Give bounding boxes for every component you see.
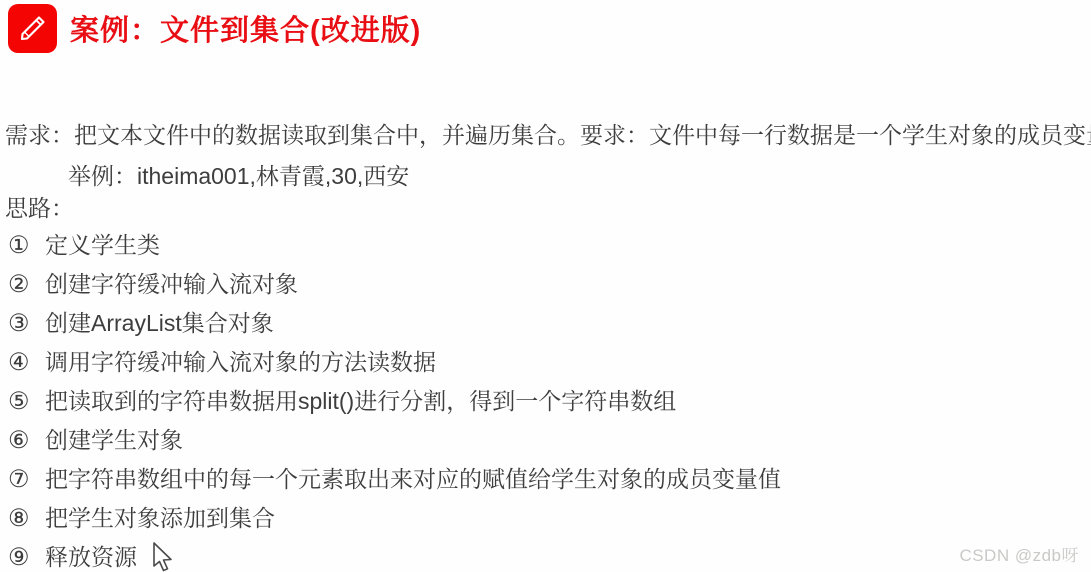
step-marker: ⑧ [8,499,45,538]
step-text: 定义学生类 [45,226,160,265]
page-title: 案例：文件到集合(改进版) [70,8,421,49]
step-text: 把字符串数组中的每一个元素取出来对应的赋值给学生对象的成员变量值 [45,460,781,499]
mouse-cursor-icon [152,542,174,572]
step-marker: ⑨ [8,538,45,572]
slide-header: 案例：文件到集合(改进版) [8,3,421,53]
list-item: ⑤ 把读取到的字符串数据用split()进行分割，得到一个字符串数组 [8,382,781,421]
step-marker: ⑦ [8,460,45,499]
step-text: 调用字符缓冲输入流对象的方法读数据 [45,343,436,382]
csdn-watermark: CSDN @zdb呀 [959,541,1079,566]
list-item: ⑦ 把字符串数组中的每一个元素取出来对应的赋值给学生对象的成员变量值 [8,460,781,499]
step-text: 释放资源 [45,538,137,572]
step-marker: ⑥ [8,421,45,460]
list-item: ② 创建字符缓冲输入流对象 [8,265,781,304]
step-text: 创建学生对象 [45,421,183,460]
pencil-icon [8,4,57,53]
step-text: 创建字符缓冲输入流对象 [45,265,298,304]
list-item: ⑨ 释放资源 [8,538,781,572]
step-text: 把读取到的字符串数据用split()进行分割，得到一个字符串数组 [45,382,676,421]
steps-list: ① 定义学生类 ② 创建字符缓冲输入流对象 ③ 创建ArrayList集合对象 … [8,226,781,572]
step-marker: ④ [8,343,45,382]
step-marker: ① [8,226,45,265]
example-line: 举例：itheima001,林青霞,30,西安 [68,158,409,191]
step-marker: ③ [8,304,45,343]
list-item: ⑧ 把学生对象添加到集合 [8,499,781,538]
slide: 案例：文件到集合(改进版) 需求：把文本文件中的数据读取到集合中，并遍历集合。要… [0,0,1091,572]
approach-label: 思路： [5,190,74,223]
step-marker: ② [8,265,45,304]
step-text: 把学生对象添加到集合 [45,499,275,538]
list-item: ① 定义学生类 [8,226,781,265]
list-item: ③ 创建ArrayList集合对象 [8,304,781,343]
step-marker: ⑤ [8,382,45,421]
requirement-line: 需求：把文本文件中的数据读取到集合中，并遍历集合。要求：文件中每一行数据是一个学… [5,117,1091,150]
list-item: ⑥ 创建学生对象 [8,421,781,460]
step-text: 创建ArrayList集合对象 [45,304,274,343]
list-item: ④ 调用字符缓冲输入流对象的方法读数据 [8,343,781,382]
